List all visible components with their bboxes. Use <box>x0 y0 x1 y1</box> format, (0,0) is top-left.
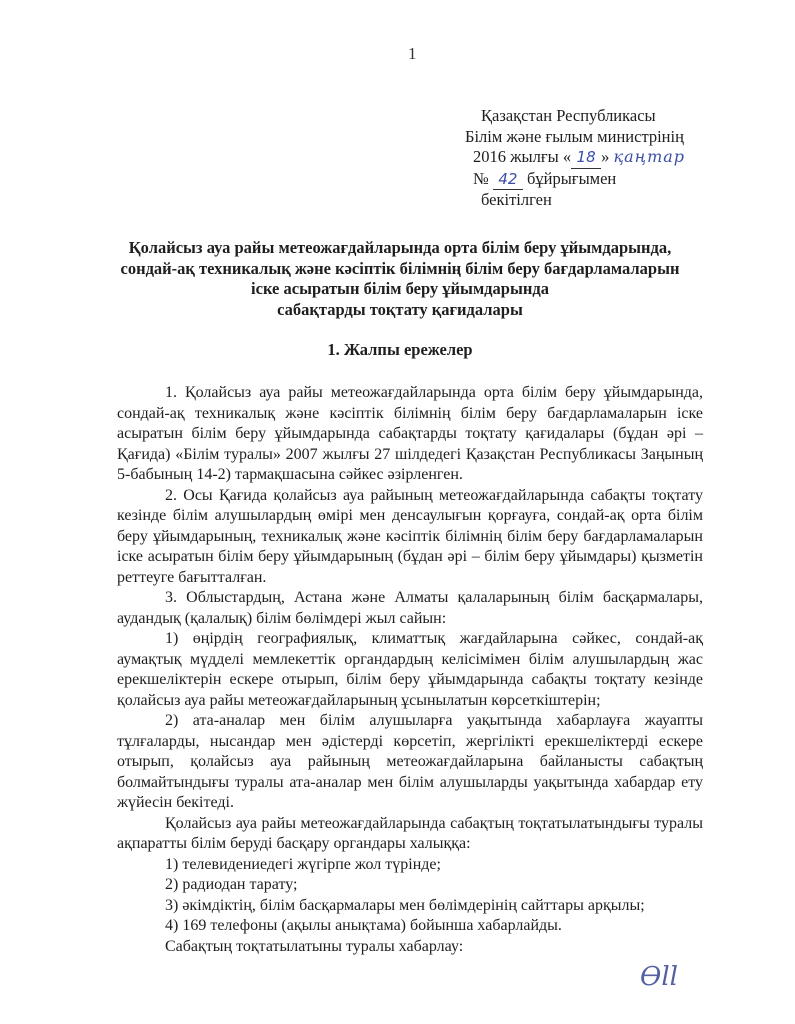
handwritten-number: 42 <box>493 169 523 191</box>
document-title: Қолайсыз ауа райы метеожағдайларында орт… <box>110 238 690 320</box>
approval-text: 2016 жылғы « <box>473 147 571 166</box>
list-item: 4) 169 телефоны (ақылы анықтама) бойынша… <box>117 916 703 937</box>
paragraph: Сабақтың тоқтатылатыны туралы хабарлау: <box>117 937 703 958</box>
section-heading: 1. Жалпы ережелер <box>110 340 690 360</box>
paragraph: 1) өңірдің географиялық, климаттық жағда… <box>117 629 703 711</box>
title-line: Қолайсыз ауа райы метеожағдайларында орт… <box>110 238 690 259</box>
paragraph: 2) ата-аналар мен білім алушыларға уақыт… <box>117 711 703 814</box>
approval-text: » <box>601 147 609 166</box>
approval-text: № <box>473 169 489 188</box>
paragraph: 1. Қолайсыз ауа райы метеожағдайларында … <box>117 383 703 486</box>
title-line: сондай-ақ техникалық және кәсіптік білім… <box>110 259 690 280</box>
approval-line: Білім және ғылым министрінің <box>465 127 685 148</box>
document-body: 1. Қолайсыз ауа райы метеожағдайларында … <box>117 383 703 957</box>
approval-line: Қазақстан Республикасы <box>465 106 685 127</box>
list-item: 3) әкімдіктің, білім басқармалары мен бө… <box>117 896 703 917</box>
page-number: 1 <box>408 44 417 64</box>
title-line: сабақтарды тоқтату қағидалары <box>110 300 690 321</box>
approval-date-line: 2016 жылғы «18» қаңтар <box>465 147 685 169</box>
approval-number-line: № 42 бұйрығымен <box>465 169 685 191</box>
handwritten-month: қаңтар <box>613 147 685 166</box>
paragraph: 3. Облыстардың, Астана және Алматы қалал… <box>117 588 703 629</box>
approval-text: бұйрығымен <box>527 169 616 188</box>
paragraph: 2. Осы Қағида қолайсыз ауа райының метео… <box>117 486 703 589</box>
handwritten-day: 18 <box>571 147 601 169</box>
handwritten-initials: Ɵll <box>640 962 678 992</box>
title-line: іске асыратын білім беру ұйымдарында <box>110 279 690 300</box>
list-item: 1) телевидениедегі жүгірпе жол түрінде; <box>117 855 703 876</box>
list-item: 2) радиодан тарату; <box>117 875 703 896</box>
approval-stamp: Қазақстан Республикасы Білім және ғылым … <box>465 106 685 211</box>
paragraph: Қолайсыз ауа райы метеожағдайларында саб… <box>117 814 703 855</box>
approval-line: бекітілген <box>465 190 685 211</box>
